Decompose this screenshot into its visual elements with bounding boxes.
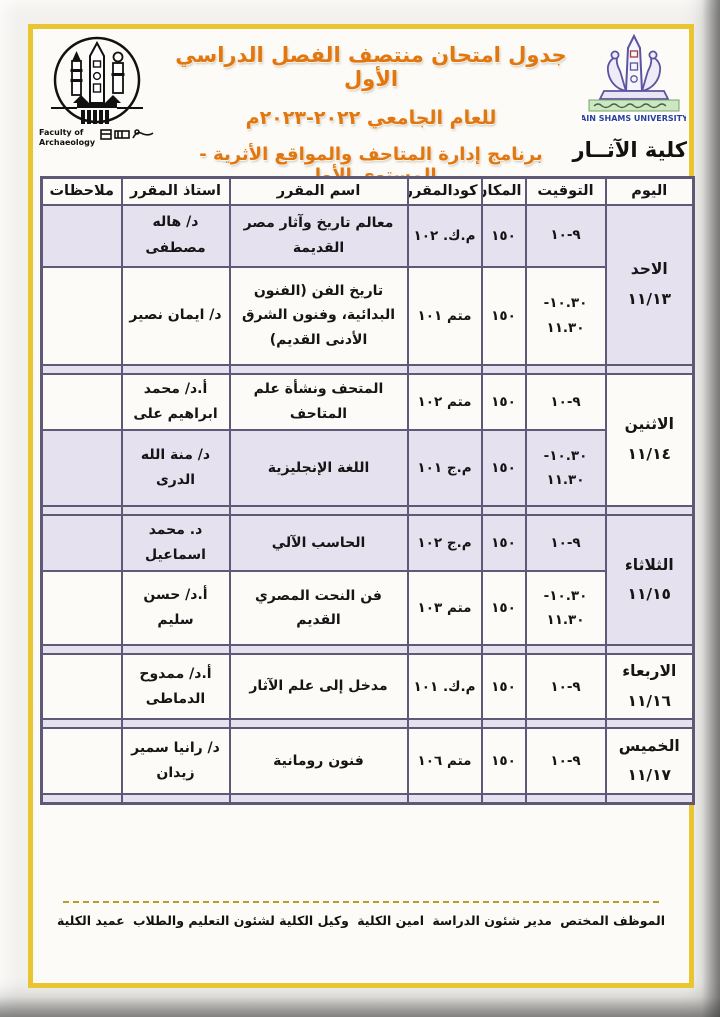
place-cell: ١٥٠ (482, 267, 526, 365)
separator-row (42, 645, 694, 654)
main-title: جدول امتحان منتصف الفصل الدراسي الأول (165, 43, 577, 91)
col-header-course: اسم المقرر (230, 178, 408, 205)
ain-shams-logo: AIN SHAMS UNIVERSITY كلية الآثــار (581, 33, 687, 162)
document-photo: Faculty of Archaeology (0, 0, 720, 1017)
table-row: ١٠.٣٠- ١١.٣٠ ١٥٠ متم ١٠١ تاريخ الفن (الف… (42, 267, 694, 365)
notes-cell (42, 205, 122, 267)
signature-competent-employee: الموظف المختص (560, 913, 665, 928)
day-date: ١١/١٣ (610, 285, 690, 314)
notes-cell (42, 728, 122, 794)
day-date: ١١/١٧ (610, 761, 690, 790)
photo-edge-shadow-bottom (0, 997, 720, 1017)
table-row: الخميس ١١/١٧ ٩-١٠ ١٥٠ متم ١٠٦ فنون رومان… (42, 728, 694, 794)
time-cell: ٩-١٠ (526, 654, 606, 719)
professor-cell: أ.د/ ممدوح الدماطى (122, 654, 230, 719)
left-logo-caption-2: Archaeology (39, 138, 96, 147)
day-cell-sunday: الاحد ١١/١٣ (606, 205, 694, 365)
signature-dashed-line (63, 901, 659, 903)
time-cell: ٩-١٠ (526, 374, 606, 430)
day-date: ١١/١٦ (610, 687, 690, 716)
academic-year-title: للعام الجامعي ٢٠٢٢-٢٠٢٣م (165, 107, 577, 129)
day-name: الخميس (610, 732, 690, 761)
schedule-table-container: اليوم التوقيت المكان كودالمقرر اسم المقر… (40, 176, 686, 805)
place-cell: ١٥٠ (482, 571, 526, 645)
yellow-frame: Faculty of Archaeology (28, 24, 694, 988)
code-cell: م.ك. ١٠٢ (408, 205, 482, 267)
day-date: ١١/١٤ (610, 440, 690, 469)
col-header-time: التوقيت (526, 178, 606, 205)
separator-row (42, 794, 694, 803)
signature-labels: الموظف المختص مدير شئون الدراسة امين الك… (57, 913, 665, 928)
signature-footer: الموظف المختص مدير شئون الدراسة امين الك… (57, 901, 665, 928)
col-header-code: كودالمقرر (408, 178, 482, 205)
time-cell: ١٠.٣٠- ١١.٣٠ (526, 267, 606, 365)
table-row: الاربعاء ١١/١٦ ٩-١٠ ١٥٠ م.ك. ١٠١ مدخل إل… (42, 654, 694, 719)
day-name: الاحد (610, 255, 690, 284)
notes-cell (42, 571, 122, 645)
faculty-of-archaeology-logo: Faculty of Archaeology (37, 35, 159, 153)
day-cell-wednesday: الاربعاء ١١/١٦ (606, 654, 694, 719)
professor-cell: د/ هاله مصطفى (122, 205, 230, 267)
professor-cell: د/ ايمان نصير (122, 267, 230, 365)
table-row: الاحد ١١/١٣ ٩-١٠ ١٥٠ م.ك. ١٠٢ معالم تاري… (42, 205, 694, 267)
code-cell: متم ١٠١ (408, 267, 482, 365)
time-cell: ١٠.٣٠- ١١.٣٠ (526, 430, 606, 506)
exam-schedule-table: اليوم التوقيت المكان كودالمقرر اسم المقر… (40, 176, 695, 805)
separator-row (42, 365, 694, 374)
code-cell: م.ج ١٠٢ (408, 515, 482, 571)
day-name: الاربعاء (610, 657, 690, 686)
notes-cell (42, 654, 122, 719)
course-cell: فنون رومانية (230, 728, 408, 794)
faculty-name-arabic: كلية الآثــار (581, 138, 687, 162)
table-row: الاثنين ١١/١٤ ٩-١٠ ١٥٠ متم ١٠٢ المتحف ون… (42, 374, 694, 430)
table-row: ١٠.٣٠- ١١.٣٠ ١٥٠ م.ج ١٠١ اللغة الإنجليزي… (42, 430, 694, 506)
code-cell: متم ١٠٦ (408, 728, 482, 794)
col-header-day: اليوم (606, 178, 694, 205)
separator-row (42, 506, 694, 515)
day-cell-thursday: الخميس ١١/١٧ (606, 728, 694, 794)
notes-cell (42, 374, 122, 430)
course-cell: معالم تاريخ وآثار مصر القديمة (230, 205, 408, 267)
signature-dean: عميد الكلية (57, 913, 125, 928)
col-header-notes: ملاحظات (42, 178, 122, 205)
table-row: ١٠.٣٠- ١١.٣٠ ١٥٠ متم ١٠٣ فن النحت المصري… (42, 571, 694, 645)
place-cell: ١٥٠ (482, 515, 526, 571)
code-cell: متم ١٠٢ (408, 374, 482, 430)
university-name-en: AIN SHAMS UNIVERSITY (582, 114, 686, 123)
signature-college-secretary: امين الكلية (357, 913, 424, 928)
col-header-professor: استاذ المقرر (122, 178, 230, 205)
course-cell: تاريخ الفن (الفنون البدائية، وفنون الشرق… (230, 267, 408, 365)
professor-cell: أ.د/ حسن سليم (122, 571, 230, 645)
time-cell: ٩-١٠ (526, 515, 606, 571)
course-cell: المتحف ونشأة علم المتاحف (230, 374, 408, 430)
document-titles: جدول امتحان منتصف الفصل الدراسي الأول لل… (165, 43, 577, 186)
left-logo-caption-1: Faculty of (39, 128, 84, 137)
notes-cell (42, 515, 122, 571)
day-name: الاثنين (610, 410, 690, 439)
photo-edge-shadow-right (702, 0, 720, 1017)
place-cell: ١٥٠ (482, 205, 526, 267)
table-row: الثلاثاء ١١/١٥ ٩-١٠ ١٥٠ م.ج ١٠٢ الحاسب ا… (42, 515, 694, 571)
table-header-row: اليوم التوقيت المكان كودالمقرر اسم المقر… (42, 178, 694, 205)
faculty-emblem-icon: Faculty of Archaeology (37, 35, 159, 153)
professor-cell: د/ رانيا سمير زيدان (122, 728, 230, 794)
place-cell: ١٥٠ (482, 430, 526, 506)
col-header-place: المكان (482, 178, 526, 205)
place-cell: ١٥٠ (482, 654, 526, 719)
place-cell: ١٥٠ (482, 374, 526, 430)
place-cell: ١٥٠ (482, 728, 526, 794)
code-cell: متم ١٠٣ (408, 571, 482, 645)
professor-cell: د/ منة الله الدرى (122, 430, 230, 506)
course-cell: مدخل إلى علم الآثار (230, 654, 408, 719)
day-cell-monday: الاثنين ١١/١٤ (606, 374, 694, 506)
day-name: الثلاثاء (610, 551, 690, 580)
signature-vice-dean: وكيل الكلية لشئون التعليم والطلاب (133, 913, 349, 928)
course-cell: فن النحت المصري القديم (230, 571, 408, 645)
separator-row (42, 719, 694, 728)
time-cell: ٩-١٠ (526, 728, 606, 794)
time-cell: ١٠.٣٠- ١١.٣٠ (526, 571, 606, 645)
course-cell: الحاسب الآلي (230, 515, 408, 571)
course-cell: اللغة الإنجليزية (230, 430, 408, 506)
day-cell-tuesday: الثلاثاء ١١/١٥ (606, 515, 694, 645)
hieroglyphs-icon (101, 130, 153, 139)
code-cell: م.ج ١٠١ (408, 430, 482, 506)
code-cell: م.ك. ١٠١ (408, 654, 482, 719)
notes-cell (42, 267, 122, 365)
document-header: Faculty of Archaeology (33, 29, 689, 176)
day-date: ١١/١٥ (610, 580, 690, 609)
professor-cell: د. محمد اسماعيل (122, 515, 230, 571)
professor-cell: أ.د/ محمد ابراهيم على (122, 374, 230, 430)
notes-cell (42, 430, 122, 506)
time-cell: ٩-١٠ (526, 205, 606, 267)
signature-study-affairs-director: مدير شئون الدراسة (432, 913, 552, 928)
ain-shams-emblem-icon: AIN SHAMS UNIVERSITY (582, 33, 686, 133)
